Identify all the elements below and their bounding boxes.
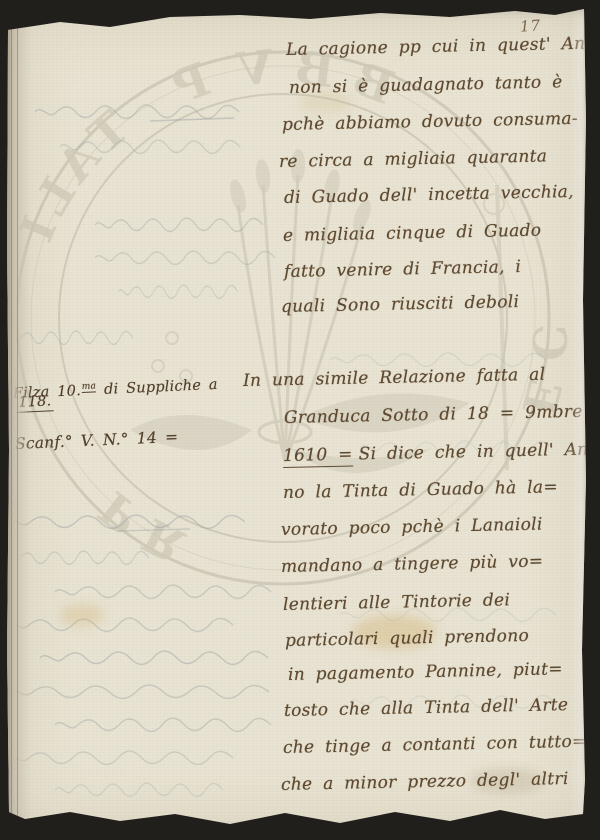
stain (60, 604, 104, 626)
page-edge-line (17, 0, 18, 840)
superscript-ma: ma (82, 381, 97, 393)
manuscript-scan: P V B B T A L I P R C E (0, 0, 600, 840)
underlined-year: 1610 = (283, 445, 353, 468)
page-edge-line (11, 0, 12, 840)
page-stack-edge (570, 0, 600, 840)
folio-number: 17 (519, 16, 541, 35)
archival-reference-note: Filza 10.ma di Suppliche a 118. Scanf.° … (13, 375, 256, 453)
manuscript-page: P V B B T A L I P R C E (0, 0, 600, 840)
binding-gutter (0, 0, 32, 840)
